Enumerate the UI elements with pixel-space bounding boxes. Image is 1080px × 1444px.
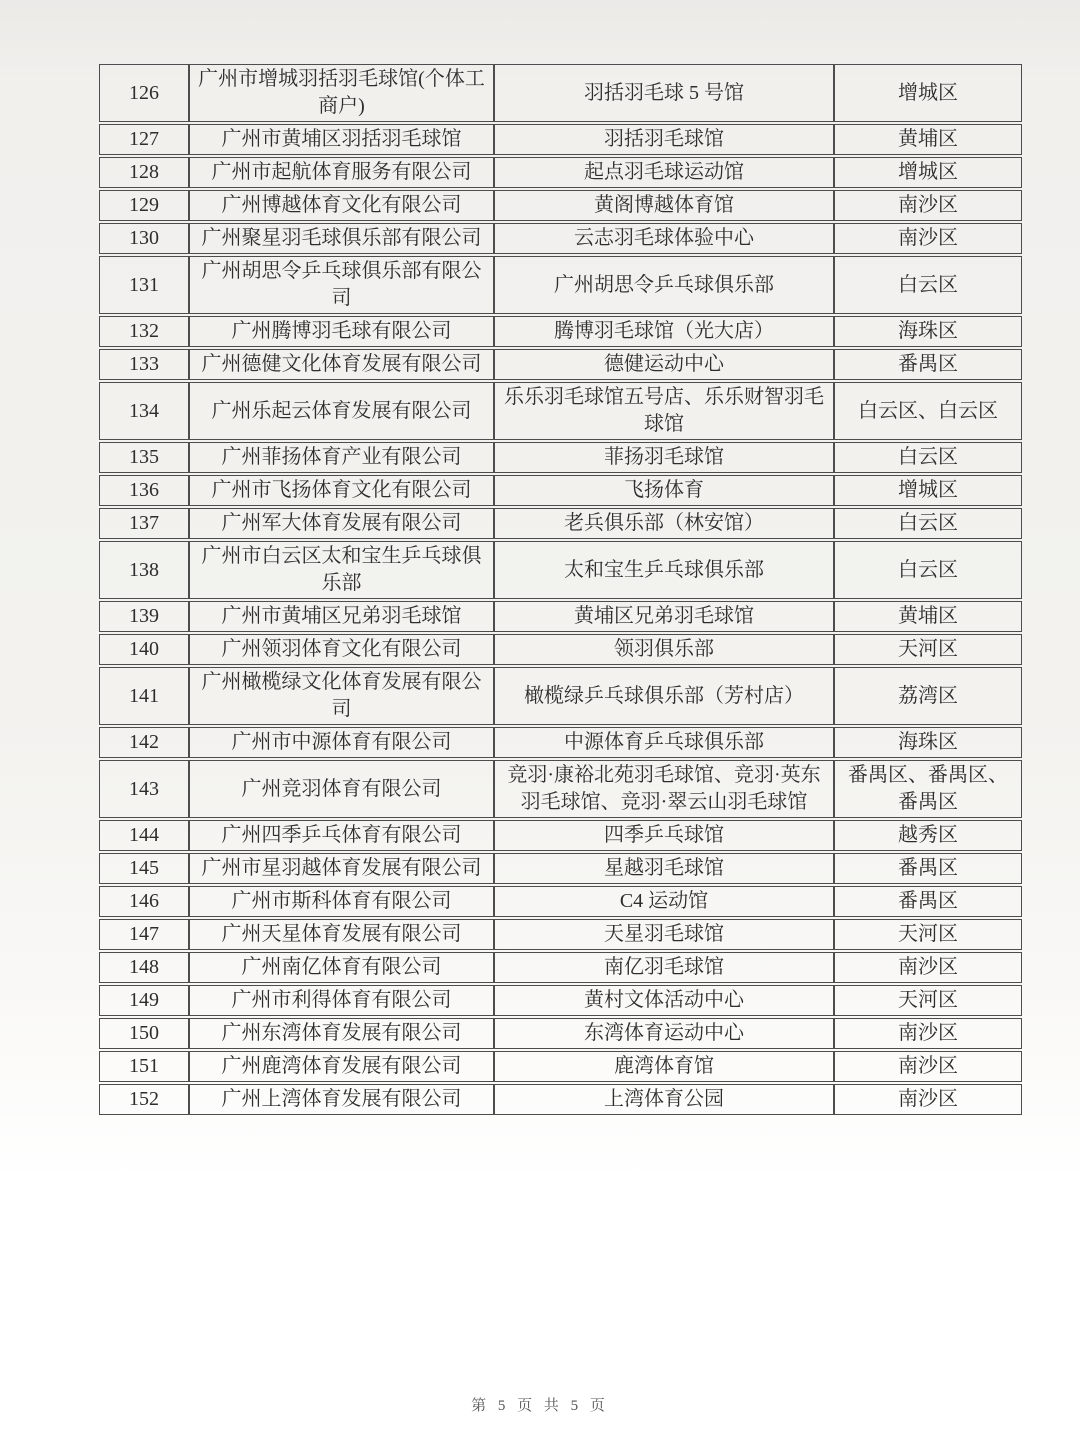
venue-name-cell: 飞扬体育: [494, 475, 834, 506]
table-row: 150 广州东湾体育发展有限公司 东湾体育运动中心 南沙区: [99, 1018, 1022, 1049]
row-number-cell: 150: [99, 1018, 189, 1049]
venue-name-cell: 太和宝生乒乓球俱乐部: [494, 541, 834, 599]
company-name-cell: 广州市中源体育有限公司: [189, 727, 494, 758]
company-name-cell: 广州乐起云体育发展有限公司: [189, 382, 494, 440]
district-cell: 白云区: [834, 508, 1022, 539]
district-cell: 增城区: [834, 64, 1022, 122]
row-number-cell: 151: [99, 1051, 189, 1082]
page-number-footer: 第 5 页 共 5 页: [0, 1394, 1080, 1415]
company-name-cell: 广州市星羽越体育发展有限公司: [189, 853, 494, 884]
company-name-cell: 广州腾博羽毛球有限公司: [189, 316, 494, 347]
company-name-cell: 广州竞羽体育有限公司: [189, 760, 494, 818]
district-cell: 荔湾区: [834, 667, 1022, 725]
venue-name-cell: 黄阁博越体育馆: [494, 190, 834, 221]
district-cell: 海珠区: [834, 316, 1022, 347]
table-row: 127 广州市黄埔区羽括羽毛球馆 羽括羽毛球馆 黄埔区: [99, 124, 1022, 155]
row-number-cell: 140: [99, 634, 189, 665]
venues-table-body: 126 广州市增城羽括羽毛球馆(个体工商户) 羽括羽毛球 5 号馆 增城区 12…: [99, 64, 1022, 1115]
district-cell: 番禺区、番禺区、番禺区: [834, 760, 1022, 818]
row-number-cell: 130: [99, 223, 189, 254]
table-row: 128 广州市起航体育服务有限公司 起点羽毛球运动馆 增城区: [99, 157, 1022, 188]
table-row: 144 广州四季乒乓体育有限公司 四季乒乓球馆 越秀区: [99, 820, 1022, 851]
district-cell: 增城区: [834, 475, 1022, 506]
company-name-cell: 广州市飞扬体育文化有限公司: [189, 475, 494, 506]
row-number-cell: 138: [99, 541, 189, 599]
district-cell: 番禺区: [834, 349, 1022, 380]
venue-name-cell: 中源体育乒乓球俱乐部: [494, 727, 834, 758]
venue-name-cell: 老兵俱乐部（林安馆）: [494, 508, 834, 539]
district-cell: 白云区: [834, 442, 1022, 473]
table-row: 126 广州市增城羽括羽毛球馆(个体工商户) 羽括羽毛球 5 号馆 增城区: [99, 64, 1022, 122]
company-name-cell: 广州鹿湾体育发展有限公司: [189, 1051, 494, 1082]
table-row: 145 广州市星羽越体育发展有限公司 星越羽毛球馆 番禺区: [99, 853, 1022, 884]
company-name-cell: 广州天星体育发展有限公司: [189, 919, 494, 950]
row-number-cell: 148: [99, 952, 189, 983]
row-number-cell: 142: [99, 727, 189, 758]
company-name-cell: 广州德健文化体育发展有限公司: [189, 349, 494, 380]
row-number-cell: 135: [99, 442, 189, 473]
venue-name-cell: 德健运动中心: [494, 349, 834, 380]
table-row: 149 广州市利得体育有限公司 黄村文体活动中心 天河区: [99, 985, 1022, 1016]
row-number-cell: 143: [99, 760, 189, 818]
company-name-cell: 广州橄榄绿文化体育发展有限公司: [189, 667, 494, 725]
row-number-cell: 144: [99, 820, 189, 851]
venue-name-cell: 橄榄绿乒乓球俱乐部（芳村店）: [494, 667, 834, 725]
venue-name-cell: 领羽俱乐部: [494, 634, 834, 665]
company-name-cell: 广州四季乒乓体育有限公司: [189, 820, 494, 851]
district-cell: 南沙区: [834, 1051, 1022, 1082]
venue-name-cell: 竞羽·康裕北苑羽毛球馆、竞羽·英东羽毛球馆、竞羽·翠云山羽毛球馆: [494, 760, 834, 818]
company-name-cell: 广州市白云区太和宝生乒乓球俱乐部: [189, 541, 494, 599]
table-row: 142 广州市中源体育有限公司 中源体育乒乓球俱乐部 海珠区: [99, 727, 1022, 758]
district-cell: 白云区: [834, 256, 1022, 314]
table-row: 146 广州市斯科体育有限公司 C4 运动馆 番禺区: [99, 886, 1022, 917]
district-cell: 南沙区: [834, 1018, 1022, 1049]
table-row: 139 广州市黄埔区兄弟羽毛球馆 黄埔区兄弟羽毛球馆 黄埔区: [99, 601, 1022, 632]
table-row: 133 广州德健文化体育发展有限公司 德健运动中心 番禺区: [99, 349, 1022, 380]
venue-name-cell: 羽括羽毛球馆: [494, 124, 834, 155]
district-cell: 白云区: [834, 541, 1022, 599]
table-row: 138 广州市白云区太和宝生乒乓球俱乐部 太和宝生乒乓球俱乐部 白云区: [99, 541, 1022, 599]
row-number-cell: 127: [99, 124, 189, 155]
company-name-cell: 广州市斯科体育有限公司: [189, 886, 494, 917]
table-row: 151 广州鹿湾体育发展有限公司 鹿湾体育馆 南沙区: [99, 1051, 1022, 1082]
district-cell: 海珠区: [834, 727, 1022, 758]
row-number-cell: 146: [99, 886, 189, 917]
venue-name-cell: 星越羽毛球馆: [494, 853, 834, 884]
row-number-cell: 133: [99, 349, 189, 380]
table-row: 137 广州军大体育发展有限公司 老兵俱乐部（林安馆） 白云区: [99, 508, 1022, 539]
district-cell: 南沙区: [834, 190, 1022, 221]
district-cell: 天河区: [834, 919, 1022, 950]
row-number-cell: 131: [99, 256, 189, 314]
company-name-cell: 广州军大体育发展有限公司: [189, 508, 494, 539]
row-number-cell: 132: [99, 316, 189, 347]
company-name-cell: 广州菲扬体育产业有限公司: [189, 442, 494, 473]
company-name-cell: 广州市黄埔区羽括羽毛球馆: [189, 124, 494, 155]
district-cell: 天河区: [834, 634, 1022, 665]
row-number-cell: 137: [99, 508, 189, 539]
row-number-cell: 149: [99, 985, 189, 1016]
company-name-cell: 广州南亿体育有限公司: [189, 952, 494, 983]
venue-name-cell: 起点羽毛球运动馆: [494, 157, 834, 188]
row-number-cell: 141: [99, 667, 189, 725]
company-name-cell: 广州胡思令乒乓球俱乐部有限公司: [189, 256, 494, 314]
row-number-cell: 134: [99, 382, 189, 440]
row-number-cell: 145: [99, 853, 189, 884]
venues-table: 126 广州市增城羽括羽毛球馆(个体工商户) 羽括羽毛球 5 号馆 增城区 12…: [99, 62, 1022, 1117]
company-name-cell: 广州市起航体育服务有限公司: [189, 157, 494, 188]
company-name-cell: 广州市黄埔区兄弟羽毛球馆: [189, 601, 494, 632]
row-number-cell: 152: [99, 1084, 189, 1115]
table-row: 129 广州博越体育文化有限公司 黄阁博越体育馆 南沙区: [99, 190, 1022, 221]
district-cell: 南沙区: [834, 223, 1022, 254]
venue-name-cell: 南亿羽毛球馆: [494, 952, 834, 983]
company-name-cell: 广州市利得体育有限公司: [189, 985, 494, 1016]
table-row: 140 广州领羽体育文化有限公司 领羽俱乐部 天河区: [99, 634, 1022, 665]
table-row: 131 广州胡思令乒乓球俱乐部有限公司 广州胡思令乒乓球俱乐部 白云区: [99, 256, 1022, 314]
table-row: 148 广州南亿体育有限公司 南亿羽毛球馆 南沙区: [99, 952, 1022, 983]
district-cell: 增城区: [834, 157, 1022, 188]
venue-name-cell: 上湾体育公园: [494, 1084, 834, 1115]
table-row: 152 广州上湾体育发展有限公司 上湾体育公园 南沙区: [99, 1084, 1022, 1115]
table-row: 130 广州聚星羽毛球俱乐部有限公司 云志羽毛球体验中心 南沙区: [99, 223, 1022, 254]
row-number-cell: 147: [99, 919, 189, 950]
venue-name-cell: C4 运动馆: [494, 886, 834, 917]
company-name-cell: 广州市增城羽括羽毛球馆(个体工商户): [189, 64, 494, 122]
table-row: 135 广州菲扬体育产业有限公司 菲扬羽毛球馆 白云区: [99, 442, 1022, 473]
district-cell: 白云区、白云区: [834, 382, 1022, 440]
row-number-cell: 139: [99, 601, 189, 632]
venue-name-cell: 黄村文体活动中心: [494, 985, 834, 1016]
table-row: 143 广州竞羽体育有限公司 竞羽·康裕北苑羽毛球馆、竞羽·英东羽毛球馆、竞羽·…: [99, 760, 1022, 818]
district-cell: 越秀区: [834, 820, 1022, 851]
company-name-cell: 广州上湾体育发展有限公司: [189, 1084, 494, 1115]
row-number-cell: 129: [99, 190, 189, 221]
company-name-cell: 广州聚星羽毛球俱乐部有限公司: [189, 223, 494, 254]
row-number-cell: 136: [99, 475, 189, 506]
venue-name-cell: 腾博羽毛球馆（光大店）: [494, 316, 834, 347]
district-cell: 番禺区: [834, 886, 1022, 917]
district-cell: 黄埔区: [834, 601, 1022, 632]
venue-name-cell: 黄埔区兄弟羽毛球馆: [494, 601, 834, 632]
venue-name-cell: 乐乐羽毛球馆五号店、乐乐财智羽毛球馆: [494, 382, 834, 440]
row-number-cell: 126: [99, 64, 189, 122]
table-row: 134 广州乐起云体育发展有限公司 乐乐羽毛球馆五号店、乐乐财智羽毛球馆 白云区…: [99, 382, 1022, 440]
venue-name-cell: 菲扬羽毛球馆: [494, 442, 834, 473]
table-row: 132 广州腾博羽毛球有限公司 腾博羽毛球馆（光大店） 海珠区: [99, 316, 1022, 347]
district-cell: 番禺区: [834, 853, 1022, 884]
venue-name-cell: 鹿湾体育馆: [494, 1051, 834, 1082]
venue-name-cell: 广州胡思令乒乓球俱乐部: [494, 256, 834, 314]
venue-name-cell: 云志羽毛球体验中心: [494, 223, 834, 254]
venue-name-cell: 东湾体育运动中心: [494, 1018, 834, 1049]
company-name-cell: 广州东湾体育发展有限公司: [189, 1018, 494, 1049]
table-row: 147 广州天星体育发展有限公司 天星羽毛球馆 天河区: [99, 919, 1022, 950]
district-cell: 黄埔区: [834, 124, 1022, 155]
table-row: 136 广州市飞扬体育文化有限公司 飞扬体育 增城区: [99, 475, 1022, 506]
venue-name-cell: 天星羽毛球馆: [494, 919, 834, 950]
district-cell: 南沙区: [834, 952, 1022, 983]
company-name-cell: 广州领羽体育文化有限公司: [189, 634, 494, 665]
venue-name-cell: 羽括羽毛球 5 号馆: [494, 64, 834, 122]
table-row: 141 广州橄榄绿文化体育发展有限公司 橄榄绿乒乓球俱乐部（芳村店） 荔湾区: [99, 667, 1022, 725]
district-cell: 天河区: [834, 985, 1022, 1016]
company-name-cell: 广州博越体育文化有限公司: [189, 190, 494, 221]
row-number-cell: 128: [99, 157, 189, 188]
district-cell: 南沙区: [834, 1084, 1022, 1115]
venue-name-cell: 四季乒乓球馆: [494, 820, 834, 851]
